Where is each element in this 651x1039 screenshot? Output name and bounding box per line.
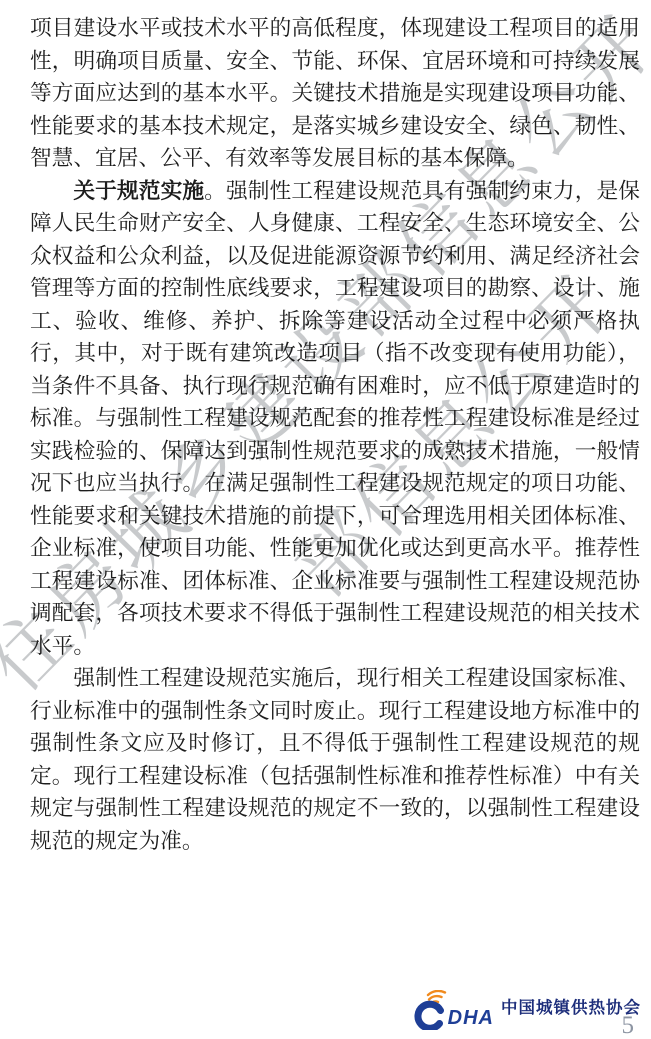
page-number: 5 (622, 1013, 635, 1038)
paragraph-2: 关于规范实施。强制性工程建设规范具有强制约束力，是保障人民生命财产安全、人身健康… (30, 175, 640, 663)
paragraph-3-text: 强制性工程建设规范实施后，现行相关工程建设国家标准、行业标准中的强制性条文同时废… (30, 666, 640, 853)
paragraph-3: 强制性工程建设规范实施后，现行相关工程建设国家标准、行业标准中的强制性条文同时废… (30, 662, 640, 857)
paragraph-2-text: 。强制性工程建设规范具有强制约束力，是保障人民生命财产安全、人身健康、工程安全、… (30, 179, 640, 658)
footer: DHA 中国城镇供热协会 (410, 990, 641, 1030)
paragraph-2-lead: 关于规范实施 (73, 179, 204, 203)
logo-letters: DHA (448, 1008, 494, 1030)
document-page: 住房城乡建设部信息公开 部信息公开 项目建设水平或技术水平的高低程度，体现建设工… (0, 0, 651, 1039)
cdha-swoosh-icon (410, 990, 447, 1030)
paragraph-1-text: 项目建设水平或技术水平的高低程度，体现建设工程项目的适用性，明确项目质量、安全、… (30, 16, 640, 170)
cdha-logo: DHA (410, 990, 494, 1030)
association-name: 中国城镇供热协会 (501, 999, 641, 1021)
document-body: 项目建设水平或技术水平的高低程度，体现建设工程项目的适用性，明确项目质量、安全、… (30, 12, 640, 857)
paragraph-1: 项目建设水平或技术水平的高低程度，体现建设工程项目的适用性，明确项目质量、安全、… (30, 12, 640, 175)
